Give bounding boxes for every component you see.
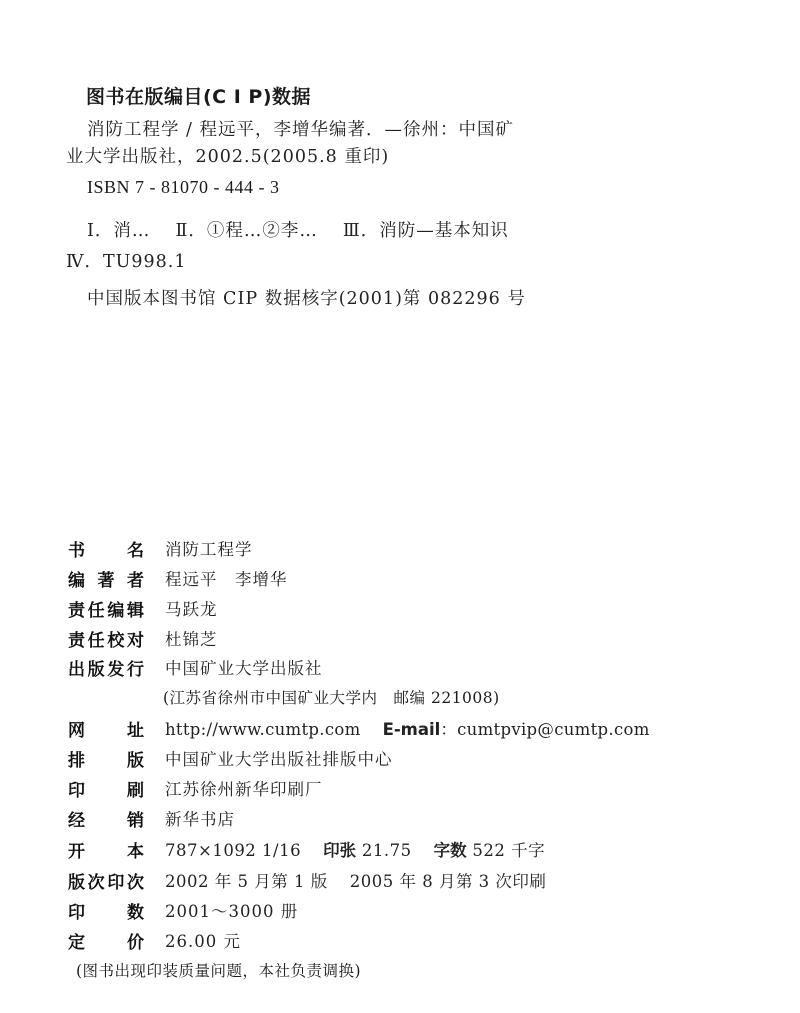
- label-distribution: 经 销: [68, 806, 144, 831]
- row-typesetting: 排 版 中国矿业大学出版社排版中心: [68, 747, 144, 769]
- cip-number: 中国版本图书馆 CIP 数据核字(2001)第 082296 号: [87, 291, 526, 309]
- row-format: 开 本 787×1092 1/16印张 21.75字数 522 千字: [68, 838, 144, 860]
- row-printing: 印 刷 江苏徐州新华印刷厂: [68, 777, 144, 799]
- value-editor: 马跃龙: [165, 596, 218, 620]
- label-typesetting: 排 版: [68, 746, 144, 771]
- value-website: http://www.cumtp.comE-mail：cumtpvip@cumt…: [165, 716, 650, 740]
- row-book-title: 书 名 消防工程学: [68, 537, 144, 559]
- value-format: 787×1092 1/16印张 21.75字数 522 千字: [165, 837, 545, 861]
- label-print-run: 印 数: [68, 898, 144, 923]
- cip-record-line2: 业大学出版社，2002.5(2005.8 重印): [66, 149, 389, 167]
- label-format: 开 本: [68, 837, 144, 862]
- label-printing: 印 刷: [68, 776, 144, 801]
- cip-classification-line1: Ⅰ．消… Ⅱ．①程…②李… Ⅲ．消防—基本知识: [87, 223, 509, 241]
- publisher-address: (江苏省徐州市中国矿业大学内 邮编 221008): [163, 686, 500, 708]
- value-typesetting: 中国矿业大学出版社排版中心: [165, 746, 393, 770]
- words-value: 522 千字: [472, 841, 545, 860]
- row-publisher: 出 版 发 行 中国矿业大学出版社: [68, 656, 144, 678]
- first-edition: 2002 年 5 月第 1 版: [165, 872, 328, 891]
- label-publisher: 出 版 发 行: [68, 655, 144, 680]
- label-book-title: 书 名: [68, 536, 144, 561]
- row-proofreader: 责 任 校 对 杜锦芝: [68, 627, 144, 649]
- row-authors: 编 著 者 程远平 李增华: [68, 567, 144, 589]
- value-price: 26.00 元: [165, 928, 241, 952]
- quality-note: (图书出现印装质量问题，本社负责调换): [76, 959, 361, 981]
- value-print-run: 2001～3000 册: [165, 898, 298, 922]
- reprint: 2005 年 8 月第 3 次印刷: [350, 872, 547, 891]
- label-authors: 编 著 者: [68, 566, 144, 591]
- sheets-label: 印张: [323, 841, 356, 860]
- cip-title: 图书在版编目(C I P)数据: [86, 88, 311, 107]
- row-website: 网 址 http://www.cumtp.comE-mail：cumtpvip@…: [68, 717, 144, 739]
- sheets-value: 21.75: [362, 841, 412, 860]
- row-print-run: 印 数 2001～3000 册: [68, 899, 144, 921]
- value-book-title: 消防工程学: [165, 536, 253, 560]
- email-address: cumtpvip@cumtp.com: [457, 720, 650, 739]
- value-proofreader: 杜锦芝: [165, 626, 218, 650]
- value-edition: 2002 年 5 月第 1 版2005 年 8 月第 3 次印刷: [165, 868, 546, 892]
- row-distribution: 经 销 新华书店: [68, 807, 144, 829]
- row-price: 定 价 26.00 元: [68, 929, 144, 951]
- row-editor: 责 任 编 辑 马跃龙: [68, 597, 144, 619]
- value-distribution: 新华书店: [165, 806, 235, 830]
- email-label: E-mail: [383, 720, 441, 739]
- cip-record-line1: 消防工程学 / 程远平，李增华编著．—徐州：中国矿: [87, 122, 514, 140]
- value-printing: 江苏徐州新华印刷厂: [165, 776, 323, 800]
- label-website: 网 址: [68, 716, 144, 741]
- value-publisher: 中国矿业大学出版社: [165, 655, 323, 679]
- website-url: http://www.cumtp.com: [165, 720, 361, 739]
- label-proofreader: 责 任 校 对: [68, 626, 144, 651]
- label-price: 定 价: [68, 928, 144, 953]
- row-edition: 版 次 印 次 2002 年 5 月第 1 版2005 年 8 月第 3 次印刷: [68, 869, 144, 891]
- value-authors: 程远平 李增华: [165, 566, 288, 590]
- label-editor: 责 任 编 辑: [68, 596, 144, 621]
- cip-classification-line2: Ⅳ．TU998.1: [66, 254, 187, 272]
- isbn: ISBN 7 - 81070 - 444 - 3: [87, 178, 280, 196]
- words-label: 字数: [434, 841, 467, 860]
- format-size: 787×1092 1/16: [165, 841, 301, 860]
- label-edition: 版 次 印 次: [68, 868, 144, 893]
